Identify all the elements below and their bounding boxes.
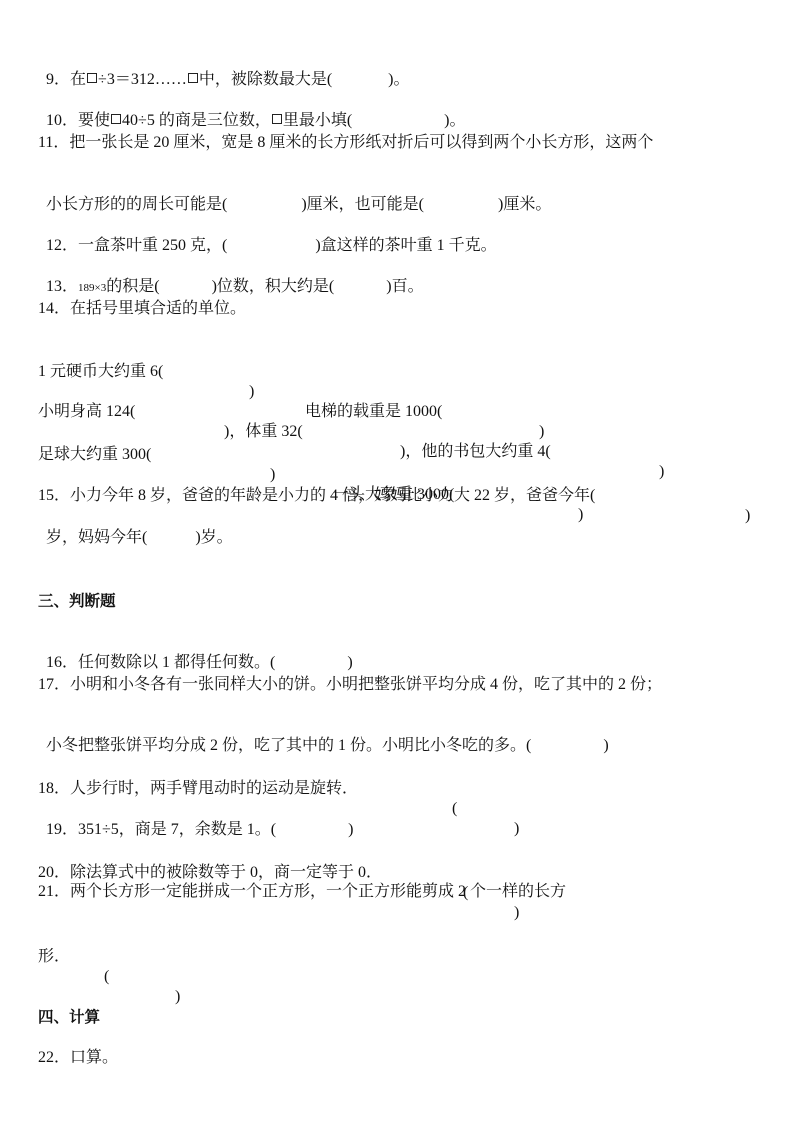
q21-text: 形． [38,947,70,967]
section-heading-judgement: 三、判断题 [38,591,116,611]
q11-text-b: )厘米，也可能是( [301,196,424,213]
section-heading-calculation: 四、计算 [38,1007,100,1027]
question-16: 16．任何数除以 1 都得任何数。() [38,633,353,673]
question-17-line1: 17．小明和小冬各有一张同样大小的饼。小明把整张饼平均分成 4 份，吃了其中的 … [38,675,662,695]
question-10: 10．要使40÷5 的商是三位数，里最小填()。 [38,91,466,131]
question-21-line2: 形． ( ) [38,927,338,1007]
q12-text-a: 12．一盒茶叶重 250 克，( [46,237,227,254]
question-22: 22．口算。 [38,1048,118,1068]
q19-close: ) [348,821,353,838]
q14-r1-text-a: 1 元硬币大约重 6( [38,362,163,382]
q20-text: 20．除法算式中的被除数等于 0，商一定等于 0． [38,863,382,883]
q9-text-d: )。 [388,71,409,88]
q13-text-a: 的积是( [106,278,159,295]
question-17-line2: 小冬把整张饼平均分成 2 份，吃了其中的 1 份。小明比小冬吃的多。() [38,716,609,756]
q11-text-a: 小长方形的的周长可能是( [46,196,227,213]
blank-box [188,73,198,83]
q10-number: 10． [46,112,78,129]
q19-text: 19．351÷5，商是 7，余数是 1。( [46,821,276,838]
q13-number: 13． [46,278,78,295]
blank-box [111,114,121,124]
q18-open: ( [452,799,457,819]
q10-text-a: 要使 [78,112,110,129]
q15-close: ) [745,506,750,526]
q15-text-c: )岁。 [195,529,232,546]
q11-text-c: )厘米。 [498,196,551,213]
blank-box [87,73,97,83]
q21-open: ( [104,967,109,987]
question-19: 19．351÷5，商是 7，余数是 1。() [38,800,353,840]
question-14-title: 14．在括号里填合适的单位。 [38,299,246,319]
q15-text-b: 岁，妈妈今年( [46,529,147,546]
q13-text-c: )百。 [386,278,423,295]
q14-r3-text-a: 足球大约重 300( [38,445,151,465]
question-13: 13．189×3的积是()位数，积大约是()百。 [38,257,424,298]
question-12: 12．一盒茶叶重 250 克，()盒这样的茶叶重 1 千克。 [38,216,497,256]
q15-text-a: 15．小力今年 8 岁，爸爸的年龄是小力的 4 倍，妈妈比小力大 22 岁，爸爸… [38,486,595,506]
q10-text-d: )。 [444,112,465,129]
q14-r2-text-a: 小明身高 124( [38,402,135,422]
q13-expression: 189×3 [78,282,106,294]
q16-close: ) [347,654,352,671]
question-11-line1: 11．把一张长是 20 厘米，宽是 8 厘米的长方形纸对折后可以得到两个小长方形… [38,133,653,153]
question-15-line2: 岁，妈妈今年()岁。 [38,508,233,548]
q9-text-a: 在 [70,71,86,88]
question-21-line1: 21．两个长方形一定能拼成一个正方形，一个正方形能剪成 2 个一样的长方 [38,882,566,902]
q18-close: ) [514,819,519,839]
q10-text-b: 40÷5 的商是三位数， [122,112,271,129]
q9-text-b: ÷3＝312…… [98,71,187,88]
q16-text: 16．任何数除以 1 都得任何数。( [46,654,275,671]
q12-text-b: )盒这样的茶叶重 1 千克。 [315,237,496,254]
blank-box [272,114,282,124]
q20-close: ) [514,903,519,923]
q17-close: ) [603,737,608,754]
q9-text-c: 中，被除数最大是( [199,71,332,88]
q13-text-b: )位数，积大约是( [212,278,335,295]
q17-text: 小冬把整张饼平均分成 2 份，吃了其中的 1 份。小明比小冬吃的多。( [46,737,531,754]
question-11-line2: 小长方形的的周长可能是()厘米，也可能是()厘米。 [38,175,551,215]
q21-close: ) [175,987,180,1007]
q9-number: 9． [46,71,70,88]
question-9: 9．在÷3＝312……中，被除数最大是()。 [38,50,410,90]
q18-text: 18．人步行时，两手臂甩动时的运动是旋转． [38,779,358,799]
q10-text-c: 里最小填( [283,112,352,129]
